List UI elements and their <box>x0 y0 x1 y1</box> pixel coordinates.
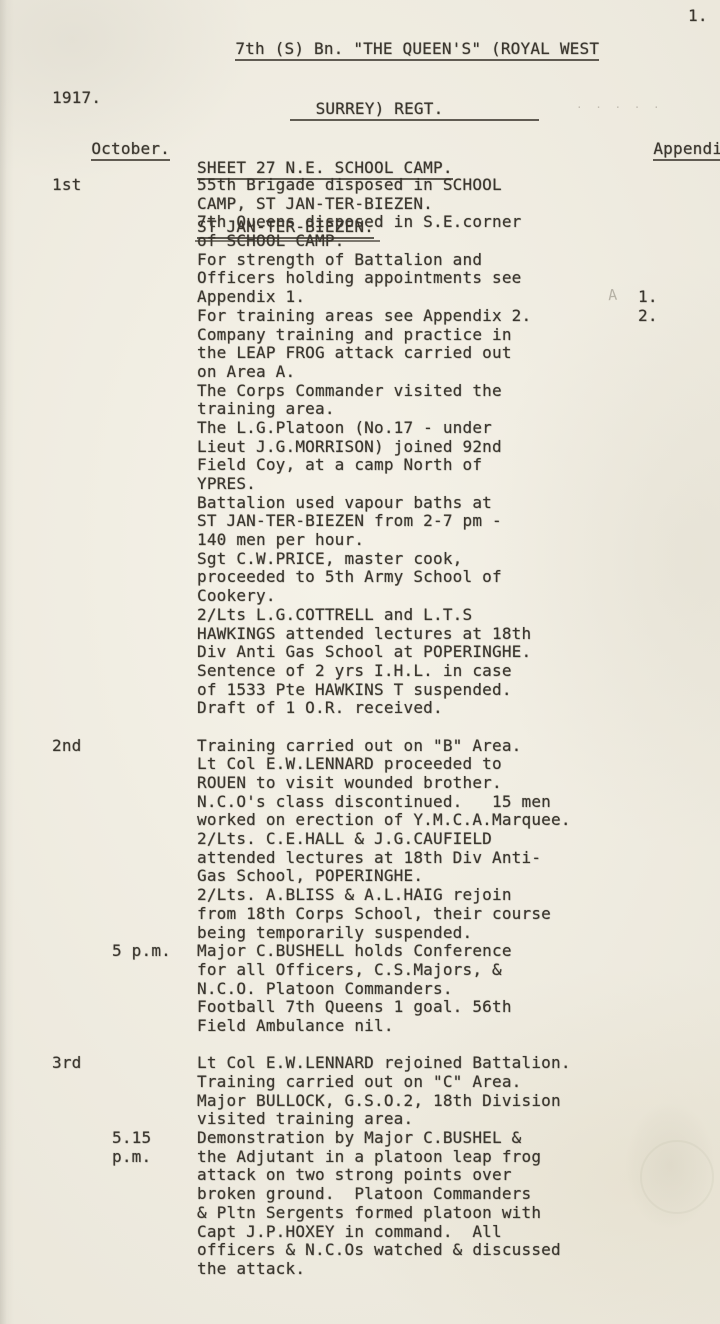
diary-text-line: 2/Lts. A.BLISS & A.L.HAIG rejoin <box>197 885 512 904</box>
diary-line-row: N.C.O. Platoon Commanders. <box>0 979 720 998</box>
diary-text-line: & Pltn Sergents formed platoon with <box>197 1203 541 1222</box>
diary-date-label: 3rd <box>52 1053 82 1072</box>
diary-line-row <box>0 1035 720 1054</box>
diary-text-line: For strength of Battalion and <box>197 250 482 269</box>
battalion-title-line2: SURREY) REGT. <box>290 99 540 121</box>
diary-line-row: worked on erection of Y.M.C.A.Marquee. <box>0 810 720 829</box>
diary-line-row: The L.G.Platoon (No.17 - under <box>0 418 720 437</box>
diary-text-line: Div Anti Gas School at POPERINGHE. <box>197 642 531 661</box>
diary-line-row: N.C.O's class discontinued. 15 men <box>0 792 720 811</box>
diary-text-line: 55th Brigade disposed in SCHOOL <box>197 175 502 194</box>
diary-text-line: Field Ambulance nil. <box>197 1016 394 1035</box>
diary-line-row: visited training area. <box>0 1109 720 1128</box>
diary-text-line: 2/Lts. C.E.HALL & J.G.CAUFIELD <box>197 829 492 848</box>
diary-line-row: Major BULLOCK, G.S.O.2, 18th Division <box>0 1091 720 1110</box>
diary-text-line: Lieut J.G.MORRISON) joined 92nd <box>197 437 502 456</box>
diary-text-line: on Area A. <box>197 362 295 381</box>
diary-line-row: 7th Queens disposed in S.E.corner <box>0 212 720 231</box>
diary-text-line: worked on erection of Y.M.C.A.Marquee. <box>197 810 571 829</box>
diary-text-line: Major C.BUSHELL holds Conference <box>197 941 512 960</box>
battalion-title-line1: 7th (S) Bn. "THE QUEEN'S" (ROYAL WEST <box>235 39 599 61</box>
diary-line-row: Officers holding appointments see <box>0 268 720 287</box>
diary-line-row: Football 7th Queens 1 goal. 56th <box>0 997 720 1016</box>
diary-line-row: Sgt C.W.PRICE, master cook, <box>0 549 720 568</box>
diary-text-line: attended lectures at 18th Div Anti- <box>197 848 541 867</box>
diary-text-line: the Adjutant in a platoon leap frog <box>197 1147 541 1166</box>
diary-text-line: the attack. <box>197 1259 305 1278</box>
year-label: 1917. <box>52 88 101 107</box>
diary-line-row: Draft of 1 O.R. received. <box>0 698 720 717</box>
diary-text-line: N.C.O. Platoon Commanders. <box>197 979 453 998</box>
diary-line-row: from 18th Corps School, their course <box>0 904 720 923</box>
diary-line-row: Sentence of 2 yrs I.H.L. in case <box>0 661 720 680</box>
diary-text-line: training area. <box>197 399 335 418</box>
page-number: 1. <box>688 6 708 25</box>
diary-entries: 1st55th Brigade disposed in SCHOOLCAMP, … <box>0 175 720 1278</box>
diary-text-line: Lt Col E.W.LENNARD proceeded to <box>197 754 502 773</box>
diary-line-row: Lt Col E.W.LENNARD proceeded to <box>0 754 720 773</box>
diary-line-row: Field Coy, at a camp North of <box>0 455 720 474</box>
diary-text-line: The L.G.Platoon (No.17 - under <box>197 418 492 437</box>
diary-date-label: 2nd <box>52 736 82 755</box>
diary-line-row: officers & N.C.Os watched & discussed <box>0 1240 720 1259</box>
diary-text-line: For training areas see Appendix 2. <box>197 306 531 325</box>
diary-line-row <box>0 717 720 736</box>
diary-line-row: 1st55th Brigade disposed in SCHOOL <box>0 175 720 194</box>
diary-text-line: N.C.O's class discontinued. 15 men <box>197 792 551 811</box>
diary-line-row: 140 men per hour. <box>0 530 720 549</box>
diary-text-line: 140 men per hour. <box>197 530 364 549</box>
appendix-header: Appendix. <box>614 120 720 177</box>
diary-line-row: ROUEN to visit wounded brother. <box>0 773 720 792</box>
diary-line-row: the LEAP FROG attack carried out <box>0 343 720 362</box>
diary-text-line: of SCHOOL CAMP. <box>197 231 345 250</box>
diary-line-row: 3rdLt Col E.W.LENNARD rejoined Battalion… <box>0 1053 720 1072</box>
diary-text-line: Appendix 1. <box>197 287 305 306</box>
diary-line-row: training area. <box>0 399 720 418</box>
diary-line-row: The Corps Commander visited the <box>0 381 720 400</box>
diary-line-row: of 1533 Pte HAWKINS T suspended. <box>0 680 720 699</box>
diary-time-label: p.m. <box>112 1147 151 1166</box>
diary-line-row: for all Officers, C.S.Majors, & <box>0 960 720 979</box>
diary-text-line: Battalion used vapour baths at <box>197 493 492 512</box>
diary-text-line: Demonstration by Major C.BUSHEL & <box>197 1128 521 1147</box>
diary-text-line: Capt J.P.HOXEY in command. All <box>197 1222 502 1241</box>
diary-line-row: For training areas see Appendix 2.2. <box>0 306 720 325</box>
diary-line-row: Lieut J.G.MORRISON) joined 92nd <box>0 437 720 456</box>
diary-text-line: ROUEN to visit wounded brother. <box>197 773 502 792</box>
diary-line-row: Company training and practice in <box>0 325 720 344</box>
diary-text-line: Gas School, POPERINGHE. <box>197 866 423 885</box>
diary-line-row: Appendix 1.1. <box>0 287 720 306</box>
diary-line-row: on Area A. <box>0 362 720 381</box>
diary-text-line: 2/Lts L.G.COTTRELL and L.T.S <box>197 605 472 624</box>
month-header: October. <box>52 120 170 177</box>
diary-text-line: HAWKINGS attended lectures at 18th <box>197 624 531 643</box>
diary-text-line: visited training area. <box>197 1109 413 1128</box>
diary-time-label: 5.15 <box>112 1128 151 1147</box>
diary-text-line: ST JAN-TER-BIEZEN from 2-7 pm - <box>197 511 502 530</box>
diary-text-line: Company training and practice in <box>197 325 512 344</box>
diary-line-row: Training carried out on "C" Area. <box>0 1072 720 1091</box>
diary-text-line: being temporarily suspended. <box>197 923 472 942</box>
diary-line-row: Cookery. <box>0 586 720 605</box>
diary-text-line: Training carried out on "C" Area. <box>197 1072 521 1091</box>
paper-stain-ring <box>640 1140 714 1214</box>
appendix-ref: 1. <box>638 287 658 306</box>
diary-line-row: 2/Lts. C.E.HALL & J.G.CAUFIELD <box>0 829 720 848</box>
diary-text-line: CAMP, ST JAN-TER-BIEZEN. <box>197 194 433 213</box>
diary-line-row: of SCHOOL CAMP. <box>0 231 720 250</box>
diary-text-line: of 1533 Pte HAWKINS T suspended. <box>197 680 512 699</box>
diary-text-line: Major BULLOCK, G.S.O.2, 18th Division <box>197 1091 561 1110</box>
diary-date-label: 1st <box>52 175 82 194</box>
diary-text-line: Cookery. <box>197 586 276 605</box>
diary-line-row: attended lectures at 18th Div Anti- <box>0 848 720 867</box>
diary-line-row: being temporarily suspended. <box>0 923 720 942</box>
diary-text-line: officers & N.C.Os watched & discussed <box>197 1240 561 1259</box>
diary-text-line: The Corps Commander visited the <box>197 381 502 400</box>
diary-text-line: proceeded to 5th Army School of <box>197 567 502 586</box>
diary-text-line: from 18th Corps School, their course <box>197 904 551 923</box>
diary-line-row: 2ndTraining carried out on "B" Area. <box>0 736 720 755</box>
diary-line-row: 2/Lts L.G.COTTRELL and L.T.S <box>0 605 720 624</box>
diary-text-line: Football 7th Queens 1 goal. 56th <box>197 997 512 1016</box>
appendix-ref: 2. <box>638 306 658 325</box>
diary-text-line: 7th Queens disposed in S.E.corner <box>197 212 521 231</box>
diary-line-row: For strength of Battalion and <box>0 250 720 269</box>
diary-line-row: ST JAN-TER-BIEZEN from 2-7 pm - <box>0 511 720 530</box>
diary-text-line: Sgt C.W.PRICE, master cook, <box>197 549 463 568</box>
diary-text-line: Lt Col E.W.LENNARD rejoined Battalion. <box>197 1053 571 1072</box>
war-diary-page: 1. . . . . . 7th (S) Bn. "THE QUEEN'S" (… <box>0 0 720 1324</box>
diary-line-row: Gas School, POPERINGHE. <box>0 866 720 885</box>
diary-text-line: attack on two strong points over <box>197 1165 512 1184</box>
diary-line-row: Field Ambulance nil. <box>0 1016 720 1035</box>
diary-line-row: 2/Lts. A.BLISS & A.L.HAIG rejoin <box>0 885 720 904</box>
diary-text-line: the LEAP FROG attack carried out <box>197 343 512 362</box>
diary-line-row: the attack. <box>0 1259 720 1278</box>
diary-text-line: Sentence of 2 yrs I.H.L. in case <box>197 661 512 680</box>
diary-text-line: YPRES. <box>197 474 256 493</box>
diary-text-line: Draft of 1 O.R. received. <box>197 698 443 717</box>
diary-text-line: broken ground. Platoon Commanders <box>197 1184 531 1203</box>
diary-time-label: 5 p.m. <box>112 941 171 960</box>
diary-line-row: 5 p.m.Major C.BUSHELL holds Conference <box>0 941 720 960</box>
diary-text-line: for all Officers, C.S.Majors, & <box>197 960 502 979</box>
diary-line-row: HAWKINGS attended lectures at 18th <box>0 624 720 643</box>
diary-text-line: Officers holding appointments see <box>197 268 521 287</box>
diary-line-row: Div Anti Gas School at POPERINGHE. <box>0 642 720 661</box>
diary-text-line: Field Coy, at a camp North of <box>197 455 482 474</box>
faint-dots-mark: . . . . . <box>576 98 663 111</box>
diary-line-row: Battalion used vapour baths at <box>0 493 720 512</box>
diary-line-row: CAMP, ST JAN-TER-BIEZEN. <box>0 194 720 213</box>
diary-line-row: & Pltn Sergents formed platoon with <box>0 1203 720 1222</box>
diary-text-line: Training carried out on "B" Area. <box>197 736 521 755</box>
diary-line-row: proceeded to 5th Army School of <box>0 567 720 586</box>
diary-line-row: Capt J.P.HOXEY in command. All <box>0 1222 720 1241</box>
diary-line-row: YPRES. <box>0 474 720 493</box>
